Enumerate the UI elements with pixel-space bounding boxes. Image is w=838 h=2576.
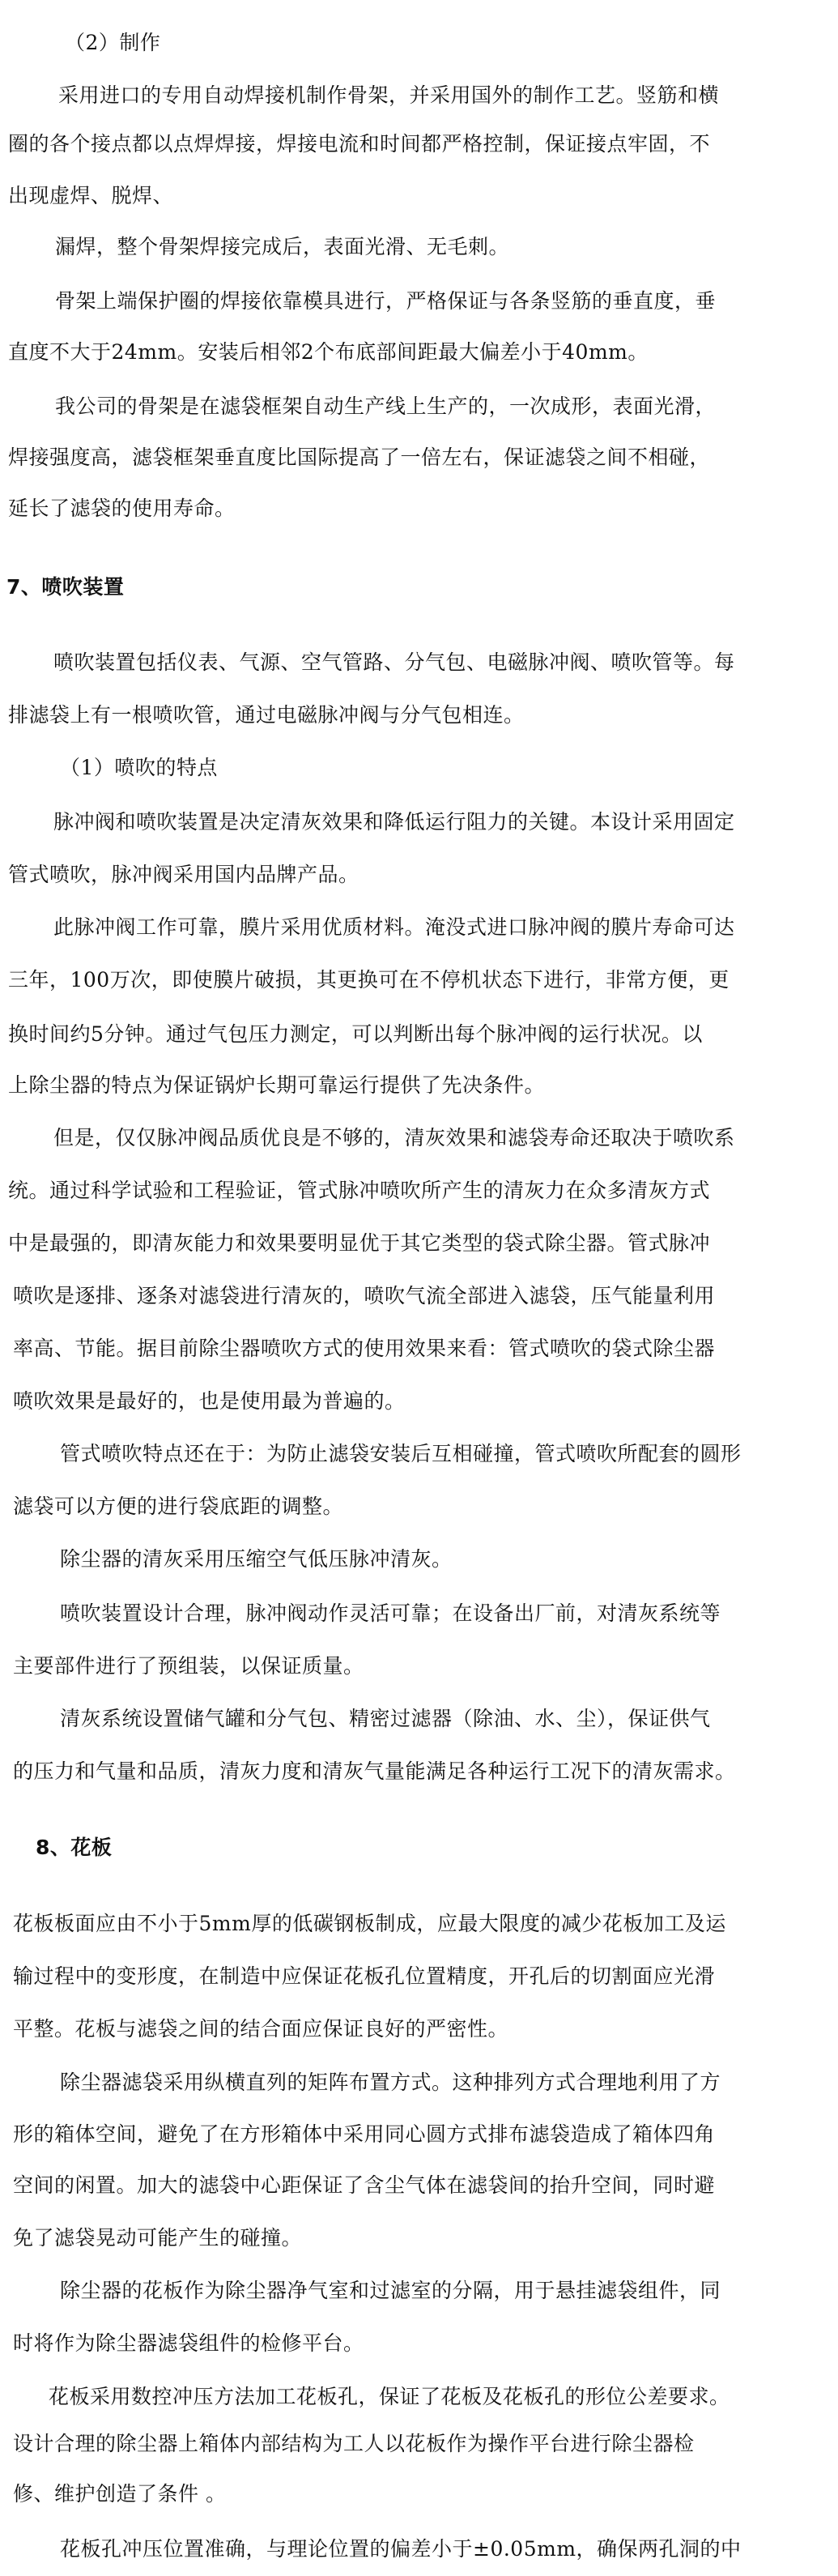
paragraph-line: 喷吹装置设计合理，脉冲阀动作灵活可靠；在设备出厂前，对清灰系统等 bbox=[60, 1601, 721, 1626]
paragraph-line: 采用进口的专用自动焊接机制作骨架，并采用国外的制作工艺。竖筋和横 bbox=[58, 83, 719, 108]
paragraph-line: 除尘器的清灰采用压缩空气低压脉冲清灰。 bbox=[60, 1547, 453, 1572]
paragraph-line: 上除尘器的特点为保证锅炉长期可靠运行提供了先决条件。 bbox=[8, 1073, 545, 1098]
paragraph-line: 我公司的骨架是在滤袋框架自动生产线上生产的，一次成形，表面光滑， bbox=[55, 395, 716, 419]
paragraph-line: 形的箱体空间，避免了在方形箱体中采用同心圆方式排布滤袋造成了箱体四角 bbox=[13, 2122, 715, 2147]
paragraph-line: 出现虚焊、脱焊、 bbox=[8, 184, 173, 208]
paragraph-line: 中是最强的，即清灰能力和效果要明显优于其它类型的袋式除尘器。管式脉冲 bbox=[8, 1231, 710, 1256]
paragraph-line: 管式喷吹，脉冲阀采用国内品牌产品。 bbox=[8, 863, 359, 887]
paragraph-line: 此脉冲阀工作可靠，膜片采用优质材料。淹没式进口脉冲阀的膜片寿命可达 bbox=[53, 915, 735, 940]
paragraph-line: 率高、节能。据目前除尘器喷吹方式的使用效果来看：管式喷吹的袋式除尘器 bbox=[13, 1337, 715, 1361]
paragraph-line: 喷吹效果是最好的，也是使用最为普遍的。 bbox=[13, 1389, 406, 1414]
paragraph-line: 喷吹装置包括仪表、气源、空气管路、分气包、电磁脉冲阀、喷吹管等。每 bbox=[53, 650, 735, 675]
paragraph-line: 除尘器滤袋采用纵横直列的矩阵布置方式。这种排列方式合理地利用了方 bbox=[60, 2071, 721, 2095]
subsection-heading: （1）喷吹的特点 bbox=[60, 756, 218, 780]
paragraph-line: 修、维护创造了条件 。 bbox=[13, 2482, 226, 2506]
paragraph-line: 管式喷吹特点还在于：为防止滤袋安装后互相碰撞，管式喷吹所配套的圆形 bbox=[60, 1442, 742, 1466]
section-heading: 8、花板 bbox=[36, 1836, 112, 1860]
paragraph-line: 骨架上端保护圈的焊接依靠模具进行，严格保证与各条竖筋的垂直度，垂 bbox=[55, 289, 716, 313]
paragraph-line: 统。通过科学试验和工程验证，管式脉冲喷吹所产生的清灰力在众多清灰方式 bbox=[8, 1179, 710, 1203]
paragraph-line: 主要部件进行了预组装，以保证质量。 bbox=[13, 1654, 364, 1678]
paragraph-line: 焊接强度高，滤袋框架垂直度比国际提高了一倍左右，保证滤袋之间不相碰， bbox=[8, 446, 710, 470]
paragraph-line: 花板板面应由不小于5mm厚的低碳钢板制成，应最大限度的减少花板加工及运 bbox=[13, 1912, 726, 1936]
paragraph-line: 设计合理的除尘器上箱体内部结构为工人以花板作为操作平台进行除尘器检 bbox=[13, 2432, 695, 2456]
paragraph-line: 漏焊，整个骨架焊接完成后，表面光滑、无毛刺。 bbox=[55, 235, 509, 259]
section-heading: 7、喷吹装置 bbox=[6, 575, 124, 599]
paragraph-line: 圈的各个接点都以点焊焊接，焊接电流和时间都严格控制，保证接点牢固，不 bbox=[8, 132, 710, 156]
paragraph-line: 空间的闲置。加大的滤袋中心距保证了含尘气体在滤袋间的抬升空间，同时避 bbox=[13, 2173, 715, 2198]
paragraph-line: 输过程中的变形度，在制造中应保证花板孔位置精度，开孔后的切割面应光滑 bbox=[13, 1964, 715, 1989]
paragraph-line: 换时间约5分钟。通过气包压力测定，可以判断出每个脉冲阀的运行状况。以 bbox=[8, 1022, 703, 1047]
paragraph-line: 清灰系统设置储气罐和分气包、精密过滤器（除油、水、尘），保证供气 bbox=[60, 1707, 711, 1731]
paragraph-line: 免了滤袋晃动可能产生的碰撞。 bbox=[13, 2226, 302, 2250]
subsection-heading: （2）制作 bbox=[65, 31, 160, 55]
paragraph-line: 平整。花板与滤袋之间的结合面应保证良好的严密性。 bbox=[13, 2017, 508, 2041]
paragraph-line: 延长了滤袋的使用寿命。 bbox=[8, 497, 236, 521]
paragraph-line: 花板孔冲压位置准确，与理论位置的偏差小于±0.05mm，确保两孔洞的中 bbox=[60, 2537, 742, 2561]
paragraph-line: 排滤袋上有一根喷吹管，通过电磁脉冲阀与分气包相连。 bbox=[8, 703, 525, 727]
paragraph-line: 喷吹是逐排、逐条对滤袋进行清灰的，喷吹气流全部进入滤袋，压气能量利用 bbox=[13, 1284, 715, 1308]
paragraph-line: 的压力和气量和品质，清灰力度和清灰气量能满足各种运行工况下的清灰需求。 bbox=[13, 1759, 736, 1784]
paragraph-line: 直度不大于24mm。安装后相邻2个布底部间距最大偏差小于40mm。 bbox=[8, 340, 649, 365]
paragraph-line: 三年，100万次，即使膜片破损，其更换可在不停机状态下进行，非常方便，更 bbox=[8, 968, 730, 992]
paragraph-line: 脉冲阀和喷吹装置是决定清灰效果和降低运行阻力的关键。本设计采用固定 bbox=[53, 810, 735, 834]
paragraph-line: 但是，仅仅脉冲阀品质优良是不够的，清灰效果和滤袋寿命还取决于喷吹系 bbox=[53, 1126, 735, 1150]
paragraph-line: 时将作为除尘器滤袋组件的检修平台。 bbox=[13, 2331, 364, 2356]
paragraph-line: 花板采用数控冲压方法加工花板孔，保证了花板及花板孔的形位公差要求。 bbox=[49, 2385, 730, 2409]
paragraph-line: 滤袋可以方便的进行袋底距的调整。 bbox=[13, 1495, 343, 1519]
paragraph-line: 除尘器的花板作为除尘器净气室和过滤室的分隔，用于悬挂滤袋组件，同 bbox=[60, 2279, 721, 2303]
